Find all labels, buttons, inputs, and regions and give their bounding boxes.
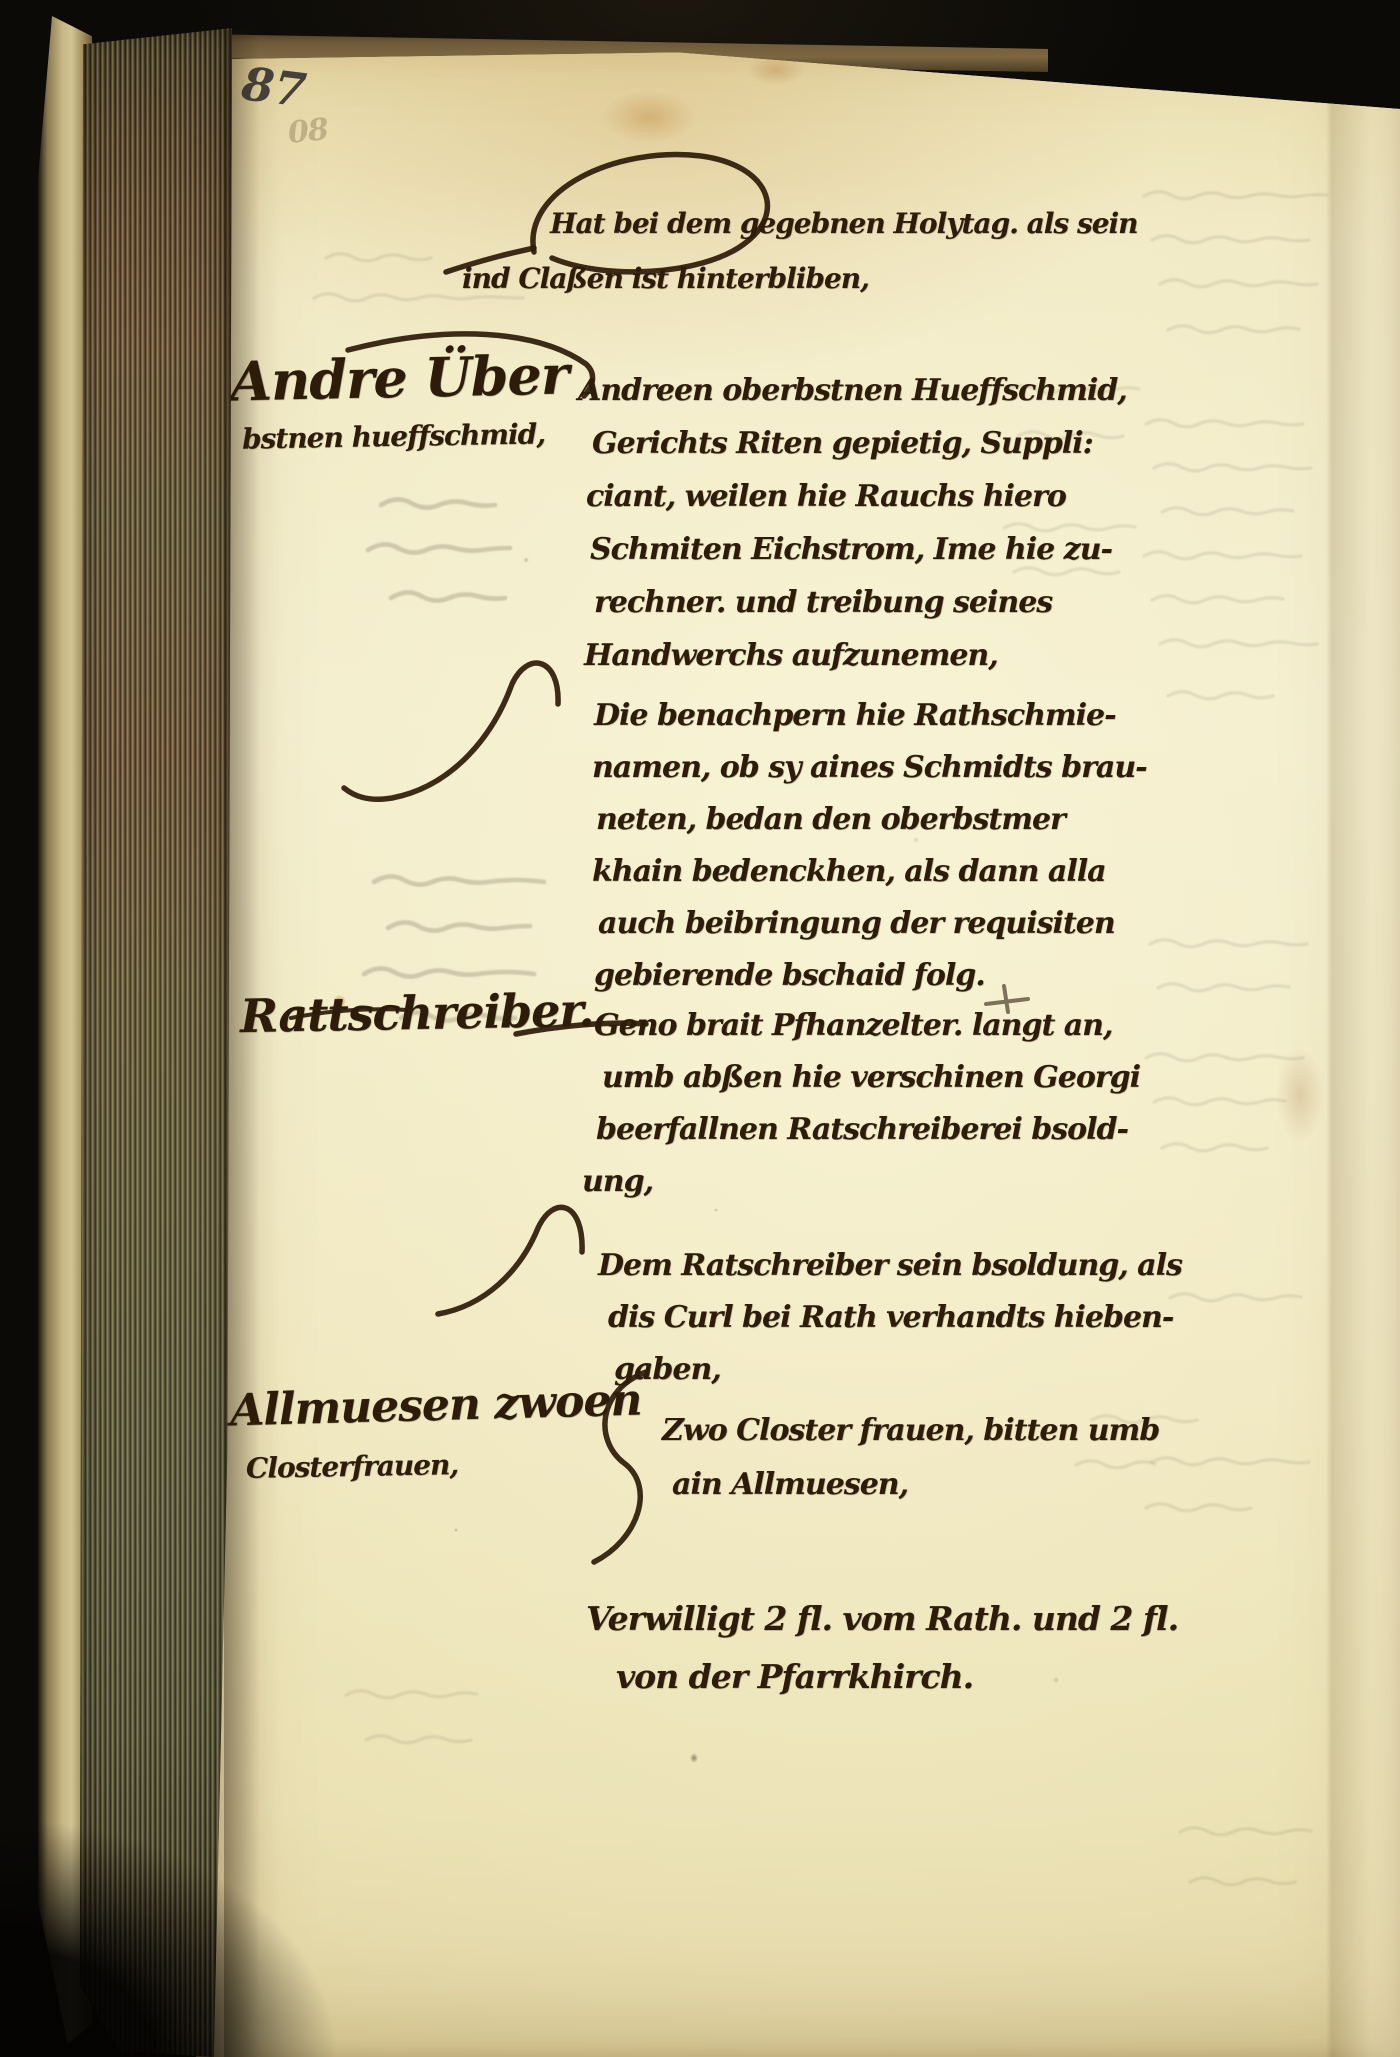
manuscript-line: ain Allmuesen, [672, 1458, 1159, 1512]
paragraph-lead-swash [344, 663, 558, 799]
margin-heading-alms: Allmuesen zwoen [229, 1375, 642, 1437]
intro-paragraph: Hat bei dem gegebnen Holytag. als sein i… [454, 196, 1138, 306]
margin-heading-alms-sub: Closterfrauen, [246, 1448, 459, 1485]
margin-heading-town-clerk: Rattschreiber. [240, 983, 594, 1043]
manuscript-line: umb abßen hie verschinen Georgi [602, 1052, 1140, 1104]
manuscript-line: Gerichts Riten gepietig, Suppli: [592, 417, 1127, 470]
margin-heading-blacksmith: Andre Über [229, 342, 568, 413]
paragraph-lead-swash [438, 1207, 582, 1314]
manuscript-line: Schmiten Eichstrom, Ime hie zu- [590, 523, 1127, 576]
manuscript-line: dis Curl bei Rath verhandts hieben- [608, 1292, 1182, 1344]
manuscript-line: beerfallnen Ratschreiberei bsold- [596, 1104, 1140, 1156]
manuscript-line: neten, bedan den oberbstmer [596, 794, 1147, 846]
manuscript-line: Die benachpern hie Rathschmie- [594, 690, 1147, 742]
manuscript-line: Handwerchs aufzunemen, [584, 629, 1127, 682]
manuscript-line: khain bedenckhen, als dann alla [592, 846, 1147, 898]
manuscript-line: Zwo Closter frauen, bitten umb [662, 1404, 1159, 1458]
entry-paragraph: Andreen oberbstnen Hueffschmid, Gerichts… [578, 364, 1127, 682]
manuscript-line: Dem Ratschreiber sein bsoldung, als [598, 1240, 1182, 1292]
manuscript-line: auch beibringung der requisiten [598, 898, 1147, 950]
margin-heading-blacksmith-sub: bstnen hueffschmid, [242, 417, 545, 455]
manuscript-line: Andreen oberbstnen Hueffschmid, [578, 364, 1127, 417]
entry-paragraph: Die benachpern hie Rathschmie- namen, ob… [592, 690, 1147, 1002]
resolution-paragraph: Verwilligt 2 fl. vom Rath. und 2 fl. von… [586, 1590, 1178, 1706]
manuscript-line: ung, [582, 1156, 1140, 1208]
manuscript-line: Geno brait Pfhanzelter. langt an, [594, 1000, 1140, 1052]
entry-paragraph: Geno brait Pfhanzelter. langt an, umb ab… [594, 1000, 1140, 1208]
manuscript-page: 87 08 Hat bei dem gegebnen Holytag. als … [196, 0, 1400, 2057]
manuscript-line: Verwilligt 2 fl. vom Rath. und 2 fl. [586, 1590, 1178, 1648]
manuscript-line: namen, ob sy aines Schmidts brau- [592, 742, 1147, 794]
manuscript-line: von der Pfarrkhirch. [616, 1648, 1178, 1706]
manuscript-line: ind Claßen ist hinterbliben, [462, 251, 1138, 306]
bottom-corner-shadow [0, 1817, 340, 2057]
manuscript-line: gebierende bschaid folg. [594, 950, 1147, 1002]
page-edge-stack [80, 24, 232, 2057]
book-spine [38, 0, 238, 2057]
manuscript-line: ciant, weilen hie Rauchs hiero [586, 470, 1127, 523]
manuscript-line: Hat bei dem gegebnen Holytag. als sein [550, 196, 1138, 251]
entry-paragraph: Dem Ratschreiber sein bsoldung, als dis … [598, 1240, 1182, 1396]
gutter-shadow [224, 30, 260, 2057]
folio-faint-number: 08 [286, 112, 329, 151]
page-right-edge-highlight [1326, 0, 1400, 2057]
manuscript-photo: 87 08 Hat bei dem gegebnen Holytag. als … [0, 0, 1400, 2057]
manuscript-line: gaben, [614, 1344, 1182, 1396]
manuscript-line: rechner. und treibung seines [594, 576, 1127, 629]
entry-paragraph: Zwo Closter frauen, bitten umb ain Allmu… [662, 1404, 1159, 1512]
